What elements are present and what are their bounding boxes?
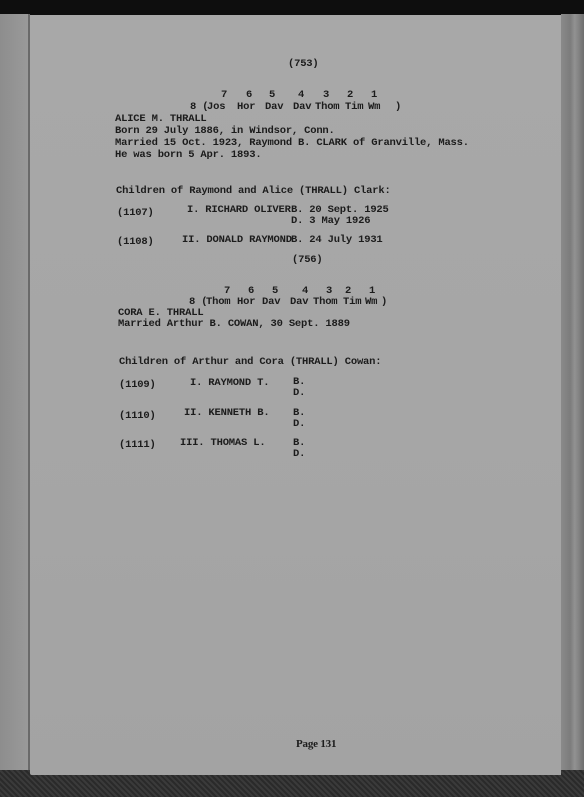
- biography-line: Married Arthur B. COWAN, 30 Sept. 1889: [118, 318, 350, 331]
- gen-number: 1: [371, 89, 377, 102]
- child-id: (1107): [117, 207, 154, 220]
- scan-top-border: [0, 0, 584, 16]
- biography-line: Married 15 Oct. 1923, Raymond B. CLARK o…: [115, 137, 469, 150]
- child-id: (1108): [117, 236, 154, 249]
- gen-name: Wm: [368, 101, 380, 114]
- child-died: D.: [293, 448, 305, 461]
- child-name: III. THOMAS L.: [180, 437, 265, 450]
- gen-name: Hor: [237, 296, 255, 309]
- gen-number: 7: [221, 89, 227, 102]
- child-name: I. RICHARD OLIVER: [187, 204, 291, 217]
- gen-name: Dav: [265, 101, 283, 114]
- gen-name: Tim: [343, 296, 361, 309]
- gen-name: Dav: [262, 296, 280, 309]
- gen-name: Wm: [365, 296, 377, 309]
- child-died: D.: [293, 387, 305, 400]
- cross-reference: (756): [292, 254, 323, 267]
- child-died: D. 3 May 1926: [291, 215, 370, 228]
- gen-number: 6: [246, 89, 252, 102]
- gen-number: 2: [347, 89, 353, 102]
- person-name: ALICE M. THRALL: [115, 113, 207, 126]
- gen-suffix: ): [395, 101, 401, 114]
- child-born: B. 24 July 1931: [291, 234, 383, 247]
- gen-number: 5: [269, 89, 275, 102]
- gen-name: Thom: [313, 296, 337, 309]
- child-name: I. RAYMOND T.: [190, 377, 269, 390]
- child-id: (1110): [119, 410, 156, 423]
- child-died: D.: [293, 418, 305, 431]
- biography-line: He was born 5 Apr. 1893.: [115, 149, 261, 162]
- gen-name: Tim: [345, 101, 363, 114]
- page-reference-top: (753): [288, 58, 319, 71]
- children-heading: Children of Raymond and Alice (THRALL) C…: [116, 185, 391, 198]
- child-name: II. DONALD RAYMOND: [182, 234, 292, 247]
- gen-name: Dav: [290, 296, 308, 309]
- gen-name: Thom: [315, 101, 339, 114]
- child-id: (1109): [119, 379, 156, 392]
- child-name: II. KENNETH B.: [184, 407, 269, 420]
- gen-number: 3: [323, 89, 329, 102]
- gen-number: 4: [298, 89, 304, 102]
- gen-name: Thom: [206, 296, 230, 309]
- gen-prefix: 8 (: [190, 101, 208, 114]
- page-stack-edge: [561, 14, 584, 774]
- biography-line: Born 29 July 1886, in Windsor, Conn.: [115, 125, 335, 138]
- gen-name: Dav: [293, 101, 311, 114]
- page-number: Page 131: [296, 738, 336, 751]
- gen-suffix: ): [381, 296, 387, 309]
- child-id: (1111): [119, 439, 156, 452]
- gen-name: Jos: [207, 101, 225, 114]
- gen-name: Hor: [237, 101, 255, 114]
- facing-page-edge: [0, 14, 30, 776]
- children-heading: Children of Arthur and Cora (THRALL) Cow…: [119, 356, 381, 369]
